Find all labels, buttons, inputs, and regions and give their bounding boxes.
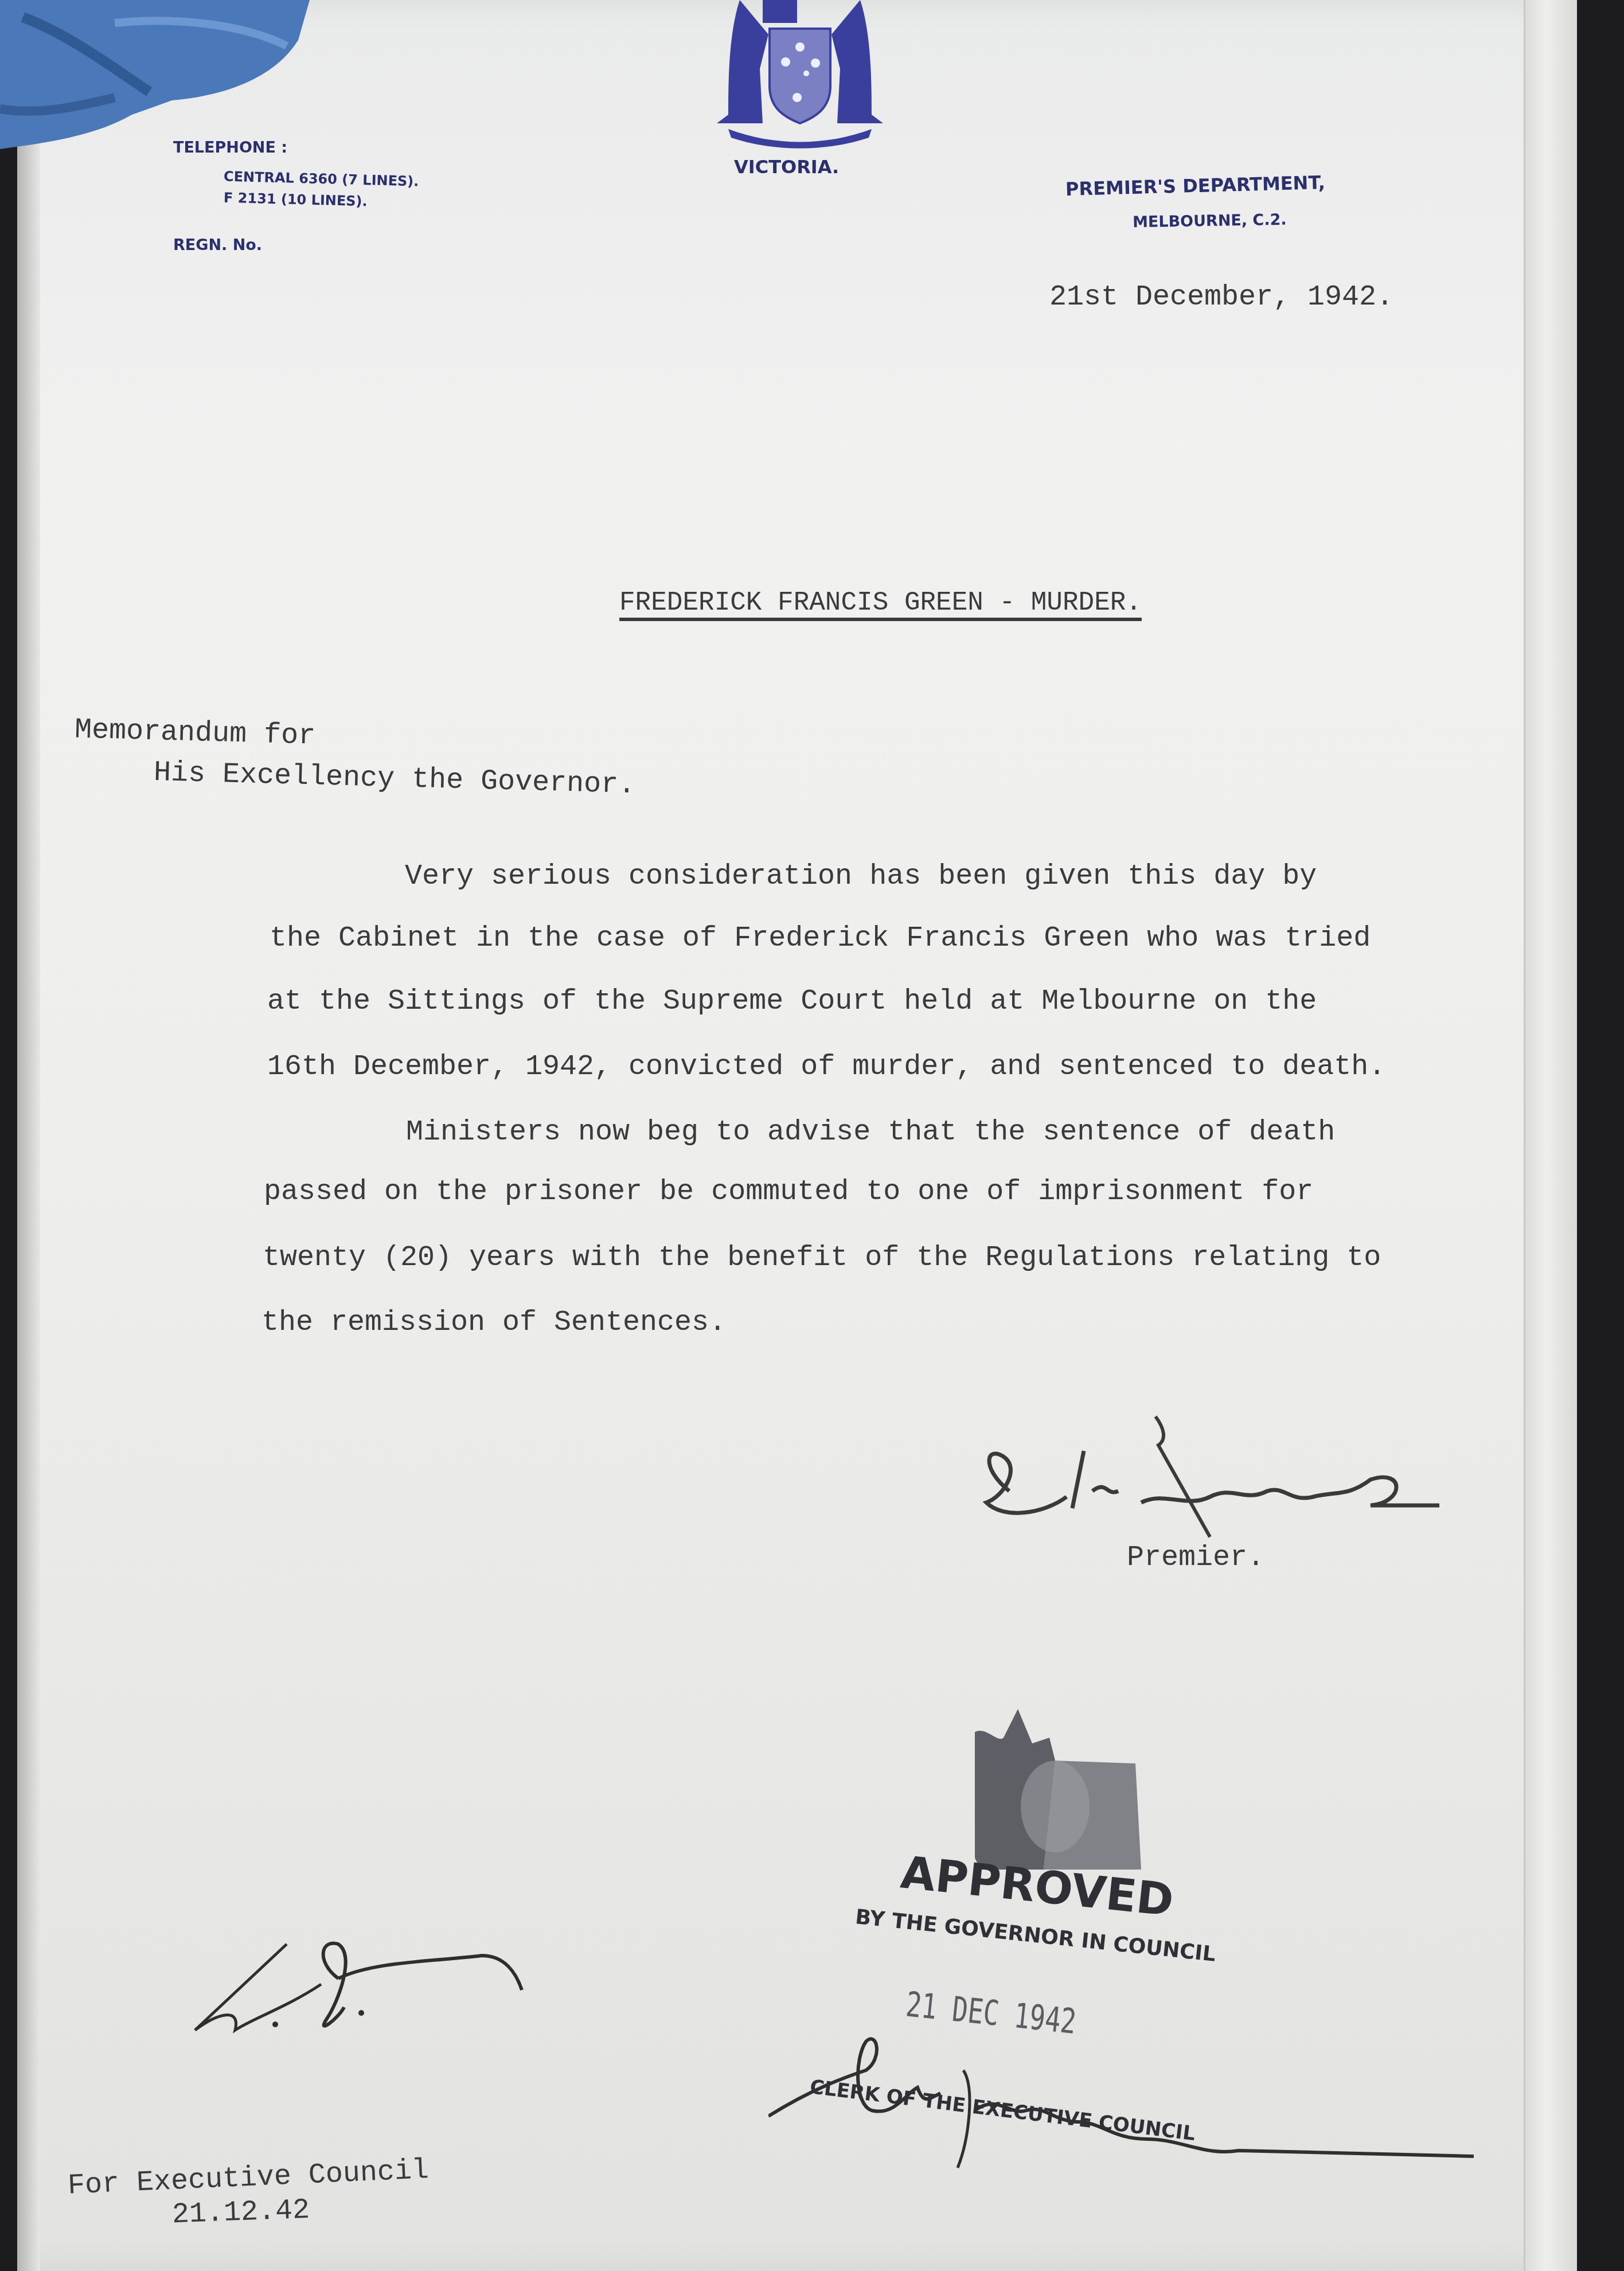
- department-address: MELBOURNE, C.2.: [1133, 211, 1287, 232]
- addressee-line-1: Memorandum for: [74, 714, 315, 753]
- ribbon-icon: [0, 0, 310, 149]
- body-para1-line3: at the Sittings of the Supreme Court hel…: [267, 985, 1317, 1018]
- body-para2-line2: passed on the prisoner be commuted to on…: [264, 1176, 1313, 1208]
- state-name: VICTORIA.: [734, 156, 839, 178]
- body-para2-line3: twenty (20) years with the benefit of th…: [263, 1242, 1381, 1274]
- page-edge: [1524, 0, 1577, 2271]
- page-shadow: [17, 115, 40, 2271]
- regn-number-label: REGN. No.: [173, 236, 262, 254]
- body-para1-line4: 16th December, 1942, convicted of murder…: [267, 1051, 1385, 1083]
- body-para2-line1: Ministers now beg to advise that the sen…: [406, 1116, 1335, 1149]
- memo-title: FREDERICK FRANCIS GREEN - MURDER.: [619, 588, 1142, 618]
- premier-signature: [969, 1405, 1457, 1554]
- body-para1-line1: Very serious consideration has been give…: [405, 860, 1317, 893]
- body-para1-line2: the Cabinet in the case of Frederick Fra…: [270, 922, 1371, 955]
- footer-date: 21.12.42: [171, 2194, 310, 2231]
- signatory-title: Premier.: [1127, 1542, 1264, 1574]
- royal-crest-stamp-icon: [963, 1709, 1147, 1875]
- letter-date: 21st December, 1942.: [1049, 281, 1393, 314]
- initials-signature: [184, 1938, 539, 2042]
- body-para2-line4: the remission of Sentences.: [261, 1306, 726, 1339]
- victoria-coat-of-arms-icon: [705, 0, 895, 149]
- telephone-label: TELEPHONE :: [173, 139, 287, 157]
